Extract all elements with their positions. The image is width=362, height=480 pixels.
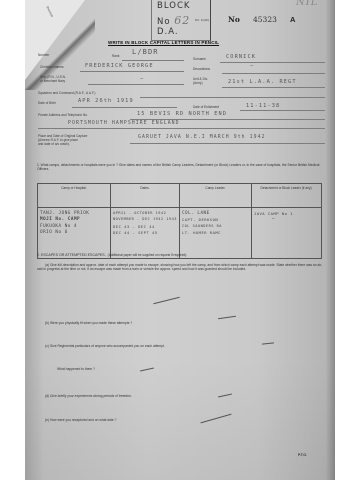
address-line-1: 15 BEVIS RD NORTH END — [137, 111, 227, 117]
stamp-line-3: D.A. — [157, 27, 179, 37]
question-2-heading: 2. ESCAPES OR ATTEMPTED ESCAPES. — [37, 253, 106, 257]
question-1-text: 1. What camps, detachments or hospitals … — [37, 163, 324, 171]
camps-table-header: Camp or Hospital. Dates. Camp Leader. De… — [38, 184, 322, 208]
camps-table: Camp or Hospital. Dates. Camp Leader. De… — [37, 183, 322, 259]
leader-cell: LT. HUMER RAMC — [182, 230, 249, 236]
christian-names-label: Christian Names — [40, 66, 64, 70]
header-block-leader: Detachment or Block Leader (if any). — [251, 184, 321, 208]
rank-value: L/BDR — [132, 48, 159, 56]
question-2a: (a) Give full description and approx. da… — [37, 263, 324, 271]
squadron-label: Squadron and Command (R.A.F., A.A.F.) — [38, 92, 95, 96]
question-2d: (d) Give briefly your experiences during… — [45, 394, 132, 398]
stamp-no-label: No — [157, 17, 171, 27]
dob-value: APR 26th 1919 — [78, 98, 134, 104]
unit-value: 21st L.A.A. REGT — [228, 79, 297, 85]
question-2-title: 2. ESCAPES OR ATTEMPTED ESCAPES. (Additi… — [37, 253, 187, 257]
enlistment-label: Date of Enlistment — [193, 106, 219, 110]
christian-names-rule — [80, 71, 184, 72]
header-camp-leader: Camp Leader. — [179, 184, 251, 208]
question-2e: (e) How were you recaptured and on what … — [45, 418, 116, 422]
header-camp: Camp or Hospital. — [38, 184, 111, 208]
camp-column: TANJ. JONG PRIOK MOJI No. CAMP FUKUOKA N… — [38, 208, 111, 259]
unit-label-line-2: (Army) — [193, 82, 208, 86]
address-line-2: PORTSMOUTH HAMPSHIRE ENGLAND — [68, 121, 180, 126]
dates-column: APRIL - OCTOBER 1942 NOVEMBER - DEC 1942… — [111, 208, 180, 259]
rank-label: Rank — [112, 55, 119, 59]
squadron-rule — [140, 97, 325, 98]
form-heading: WRITE IN BLOCK CAPITAL LETTERS IN PENCIL — [108, 40, 219, 45]
christian-names-value: FREDERICK GEORGE — [85, 63, 154, 69]
surname-label: Surname — [193, 58, 206, 62]
enlistment-value: 11-11-38 — [246, 103, 280, 109]
unit-rule — [222, 87, 325, 88]
enlistment-rule — [240, 110, 325, 111]
rank-rule — [122, 60, 184, 61]
leader-column: COL. LANE CAPT. DERKSON COL SAUNDERS RA … — [179, 208, 251, 259]
capture-label-line-3: and date of a/c crash). — [38, 143, 87, 147]
block-column: JAVA CAMP No 1 — — [251, 208, 321, 259]
block-cell: — — [254, 217, 319, 223]
ship-rule — [88, 84, 184, 85]
form-suffix: A — [290, 15, 295, 24]
question-2c: (c) Give Regimental particulars of anyon… — [45, 344, 165, 348]
surname-value: CORNICK — [226, 54, 256, 60]
surname-rule — [220, 62, 325, 63]
ship-label: Ship (R.N., U.S.N.or Merchant Navy — [40, 76, 66, 84]
decorations-rule — [222, 73, 325, 74]
stamp-line-2: No 62 — [157, 14, 190, 27]
capture-label: Place and Date of Original Capture(Aircr… — [38, 135, 87, 147]
pto-label: P.T.O. — [298, 453, 307, 457]
decorations-label: Decorations — [193, 68, 210, 72]
form-number: 45323 — [253, 15, 277, 24]
form-code: M.I. 9 (AF) — [195, 19, 209, 23]
question-2b: (b) Were you physically fit when you mad… — [45, 321, 132, 325]
address-rule-1 — [130, 119, 325, 120]
decorations-value: — — [250, 63, 254, 69]
number-field-label: Number — [38, 54, 49, 58]
dob-rule — [72, 107, 177, 108]
address-rule-2 — [38, 128, 325, 129]
dob-label: Date of Birth — [38, 102, 56, 106]
camp-cell: ORIO No 6 — [40, 230, 108, 236]
number-label: No — [228, 15, 240, 24]
question-2c-followup: What happened to them ? — [57, 367, 95, 371]
header-dates: Dates. — [111, 184, 180, 208]
capture-value: GARUET JAVA N.E.I MARCH 9th 1942 — [138, 135, 266, 140]
capture-rule — [130, 143, 325, 144]
dates-cell: DEC 44 - SEPT 45 — [113, 230, 177, 236]
ship-label-line-2: or Merchant Navy — [40, 80, 66, 84]
question-2-subtitle: (Additional paper will be supplied on re… — [108, 253, 188, 257]
stamp-handwritten-number: 62 — [174, 14, 190, 27]
unit-label: Unit & Div.(Army) — [193, 78, 208, 86]
camps-table-body: TANJ. JONG PRIOK MOJI No. CAMP FUKUOKA N… — [38, 208, 322, 259]
handwritten-nil: NIL — [296, 0, 318, 8]
address-label: Private Address and Telephone No. — [38, 114, 88, 118]
stamp-line-1: BLOCK — [157, 1, 190, 11]
ship-value: — — [140, 76, 144, 82]
